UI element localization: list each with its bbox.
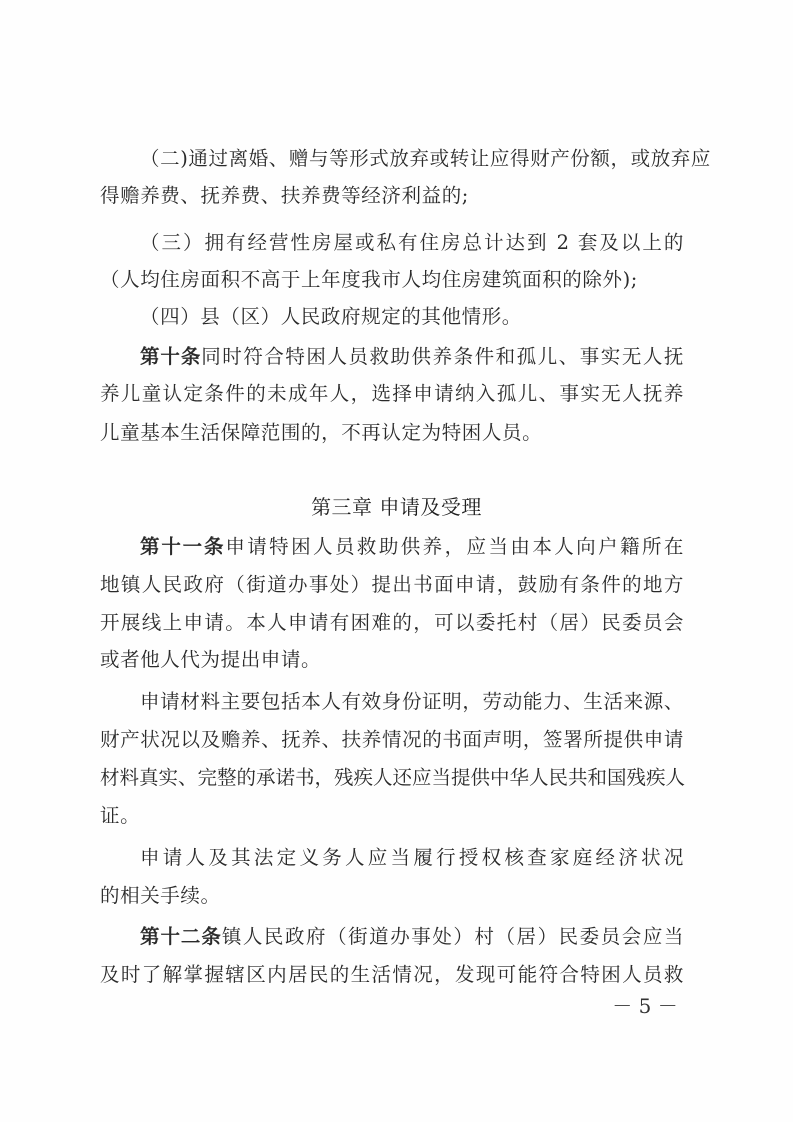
article-label: 第十二条 (140, 925, 222, 948)
text-line: 的相关手续。 (100, 884, 684, 908)
text-line: 开展线上申请。本人申请有困难的，可以委托村（居）民委员会 (100, 611, 684, 635)
text-span: 同时符合特困人员救助供养条件和孤儿、事实无人抚 (201, 345, 684, 368)
text-line: 或者他人代为提出申请。 (100, 648, 684, 672)
article-11-first-line: 第十一条申请特困人员救助供养，应当由本人向户籍所在 (140, 535, 684, 559)
text-line: （三）拥有经营性房屋或私有住房总计达到 2 套及以上的 (140, 231, 684, 255)
text-line: 及时了解掌握辖区内居民的生活情况，发现可能符合特困人员救 (100, 963, 684, 987)
text-line: 得赡养费、抚养费、扶养费等经济利益的; (100, 184, 684, 208)
text-line: 申请材料主要包括本人有效身份证明，劳动能力、生活来源、 (140, 690, 684, 714)
text-line: （二)通过离婚、赠与等形式放弃或转让应得财产份额，或放弃应 (140, 147, 684, 171)
text-line: 证。 (100, 804, 684, 828)
document-page: （二)通过离婚、赠与等形式放弃或转让应得财产份额，或放弃应 得赡养费、抚养费、扶… (0, 0, 793, 1122)
text-line: 儿童基本生活保障范围的，不再认定为特困人员。 (100, 421, 684, 445)
text-line: 材料真实、完整的承诺书，残疾人还应当提供中华人民共和国残疾人 (100, 766, 684, 790)
text-line: 地镇人民政府（街道办事处）提出书面申请，鼓励有条件的地方 (100, 573, 684, 597)
text-line: 养儿童认定条件的未成年人，选择申请纳入孤儿、事实无人抚养 (100, 382, 684, 406)
text-line: 申请人及其法定义务人应当履行授权核查家庭经济状况 (140, 846, 684, 870)
text-span: 申请特困人员救助供养，应当由本人向户籍所在 (225, 535, 684, 558)
article-10-first-line: 第十条同时符合特困人员救助供养条件和孤儿、事实无人抚 (140, 345, 684, 369)
text-line: 财产状况以及赡养、抚养、扶养情况的书面声明，签署所提供申请 (100, 728, 684, 752)
text-line: （人均住房面积不高于上年度我市人均住房建筑面积的除外); (100, 268, 684, 292)
chapter-title: 第三章 申请及受理 (0, 495, 793, 519)
article-label: 第十条 (140, 345, 201, 368)
text-span: 镇人民政府（街道办事处）村（居）民委员会应当 (222, 925, 684, 948)
page-number: － 5 － (610, 990, 680, 1019)
text-line: （四）县（区）人民政府规定的其他情形。 (140, 305, 684, 329)
article-12-first-line: 第十二条镇人民政府（街道办事处）村（居）民委员会应当 (140, 925, 684, 949)
article-label: 第十一条 (140, 535, 225, 558)
